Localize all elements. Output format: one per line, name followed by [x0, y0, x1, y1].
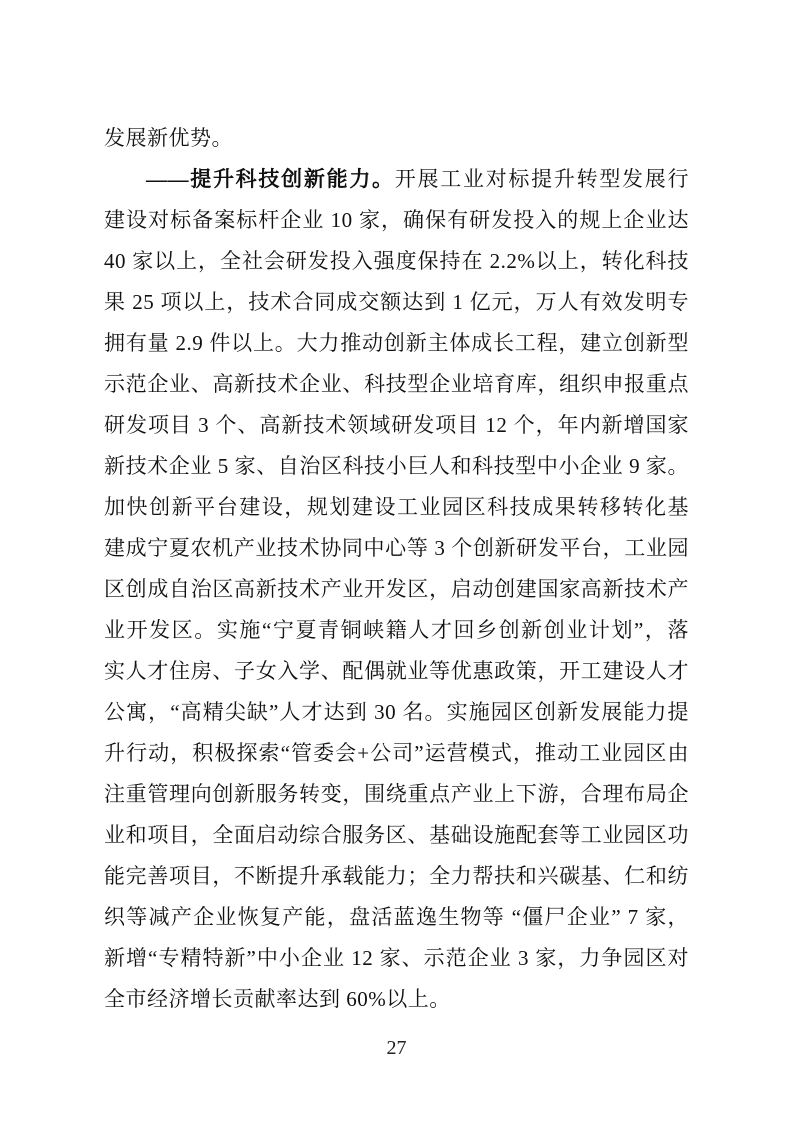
text-line: 公寓，“高精尖缺”人才达到 30 名。实施园区创新发展能力提	[104, 692, 689, 733]
text-line: 织等减产企业恢复产能，盘活蓝逸生物等 “僵尸企业” 7 家，	[104, 897, 689, 938]
text-line: 示范企业、高新技术企业、科技型企业培育库，组织申报重点	[104, 364, 689, 405]
text-line: 业开发区。实施“宁夏青铜峡籍人才回乡创新创业计划”，落	[104, 610, 689, 651]
document-page: 发展新优势。 ——提升科技创新能力。开展工业对标提升转型发展行动， 建设对标备案…	[0, 0, 793, 1122]
text-line: 升行动，积极探索“管委会+公司”运营模式，推动工业园区由	[104, 733, 689, 774]
text-line: 实人才住房、子女入学、配偶就业等优惠政策，开工建设人才	[104, 651, 689, 692]
text-line: 加快创新平台建设，规划建设工业园区科技成果转移转化基地，	[104, 487, 689, 528]
text-line: 建设对标备案标杆企业 10 家，确保有研发投入的规上企业达到	[104, 200, 689, 241]
text-line: 建成宁夏农机产业技术协同中心等 3 个创新研发平台，工业园	[104, 528, 689, 569]
paragraph-heading: ——提升科技创新能力。	[146, 167, 395, 191]
text-line: 新技术企业 5 家、自治区科技小巨人和科技型中小企业 9 家。	[104, 446, 689, 487]
text-line: 果 25 项以上，技术合同成交额达到 1 亿元，万人有效发明专利	[104, 282, 689, 323]
text-line: 拥有量 2.9 件以上。大力推动创新主体成长工程，建立创新型	[104, 323, 689, 364]
text-line: 能完善项目，不断提升承载能力；全力帮扶和兴碳基、仁和纺	[104, 856, 689, 897]
text-line: 40 家以上，全社会研发投入强度保持在 2.2%以上，转化科技成	[104, 241, 689, 282]
text-line: 发展新优势。	[104, 118, 689, 159]
text-line: 区创成自治区高新技术产业开发区，启动创建国家高新技术产	[104, 569, 689, 610]
text-line: 新增“专精特新”中小企业 12 家、示范企业 3 家，力争园区对	[104, 938, 689, 979]
text-line: ——提升科技创新能力。开展工业对标提升转型发展行动，	[104, 159, 689, 200]
text-line: 研发项目 3 个、高新技术领域研发项目 12 个，年内新增国家高	[104, 405, 689, 446]
body-text: 发展新优势。 ——提升科技创新能力。开展工业对标提升转型发展行动， 建设对标备案…	[104, 118, 689, 1020]
text-line: 注重管理向创新服务转变，围绕重点产业上下游，合理布局企	[104, 774, 689, 815]
text-line: 业和项目，全面启动综合服务区、基础设施配套等工业园区功	[104, 815, 689, 856]
page-number: 27	[0, 1033, 793, 1063]
text-line: 全市经济增长贡献率达到 60%以上。	[104, 979, 689, 1020]
